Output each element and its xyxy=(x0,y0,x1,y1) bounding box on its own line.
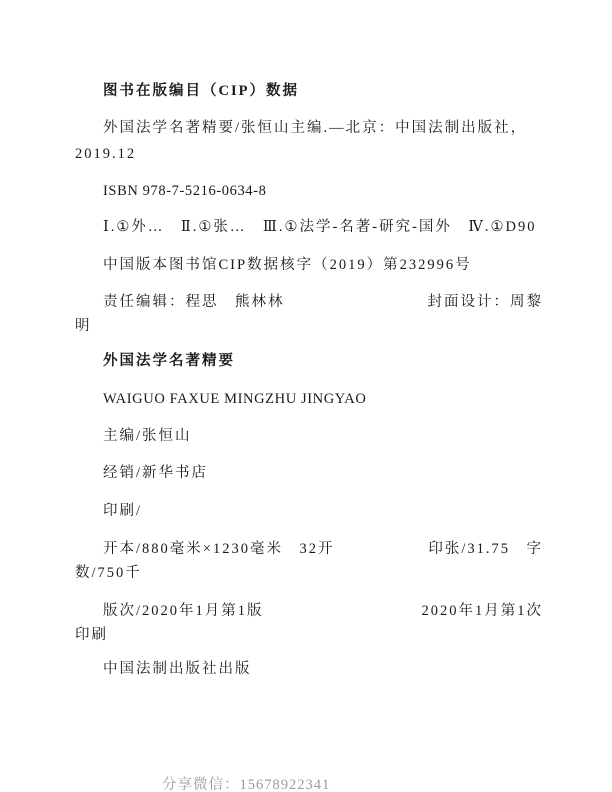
cover-designer: 封面设计：周黎 xyxy=(428,294,544,311)
printer-line: 印刷/ xyxy=(103,503,142,520)
chief-editor-line: 主编/张恒山 xyxy=(103,428,192,445)
cip-entry-line2: 2019.12 xyxy=(75,146,136,163)
isbn-line: ISBN 978-7-5216-0634-8 xyxy=(103,183,266,200)
printed-sheets-line: 印张/31.75 字 xyxy=(428,541,543,558)
distributor-line: 经销/新华书店 xyxy=(103,465,208,482)
edition-line: 版次/2020年1月第1版 xyxy=(103,603,264,620)
impression-wrap: 印刷 xyxy=(75,627,108,644)
book-title: 外国法学名著精要 xyxy=(103,353,235,370)
cip-heading: 图书在版编目（CIP）数据 xyxy=(103,83,299,100)
wechat-share-watermark: 分享微信：15678922341 xyxy=(162,773,330,792)
cip-record-number-line: 中国版本图书馆CIP数据核字（2019）第232996号 xyxy=(103,257,472,274)
word-count-wrap: 数/750千 xyxy=(75,565,142,582)
publisher-line: 中国法制出版社出版 xyxy=(103,661,252,678)
impression-line: 2020年1月第1次 xyxy=(422,603,544,620)
cip-entry-line1: 外国法学名著精要/张恒山主编.—北京：中国法制出版社， xyxy=(103,120,527,137)
responsible-editors: 责任编辑：程思 熊林林 xyxy=(103,294,285,311)
book-title-pinyin: WAIGUO FAXUE MINGZHU JINGYAO xyxy=(103,391,366,408)
cover-designer-wrap: 明 xyxy=(75,318,92,335)
format-line: 开本/880毫米×1230毫米 32开 xyxy=(103,541,334,558)
cip-classification-line: Ⅰ.①外… Ⅱ.①张… Ⅲ.①法学-名著-研究-国外 Ⅳ.①D90 xyxy=(103,219,537,236)
copyright-page: 图书在版编目（CIP）数据 外国法学名著精要/张恒山主编.—北京：中国法制出版社… xyxy=(0,0,612,792)
